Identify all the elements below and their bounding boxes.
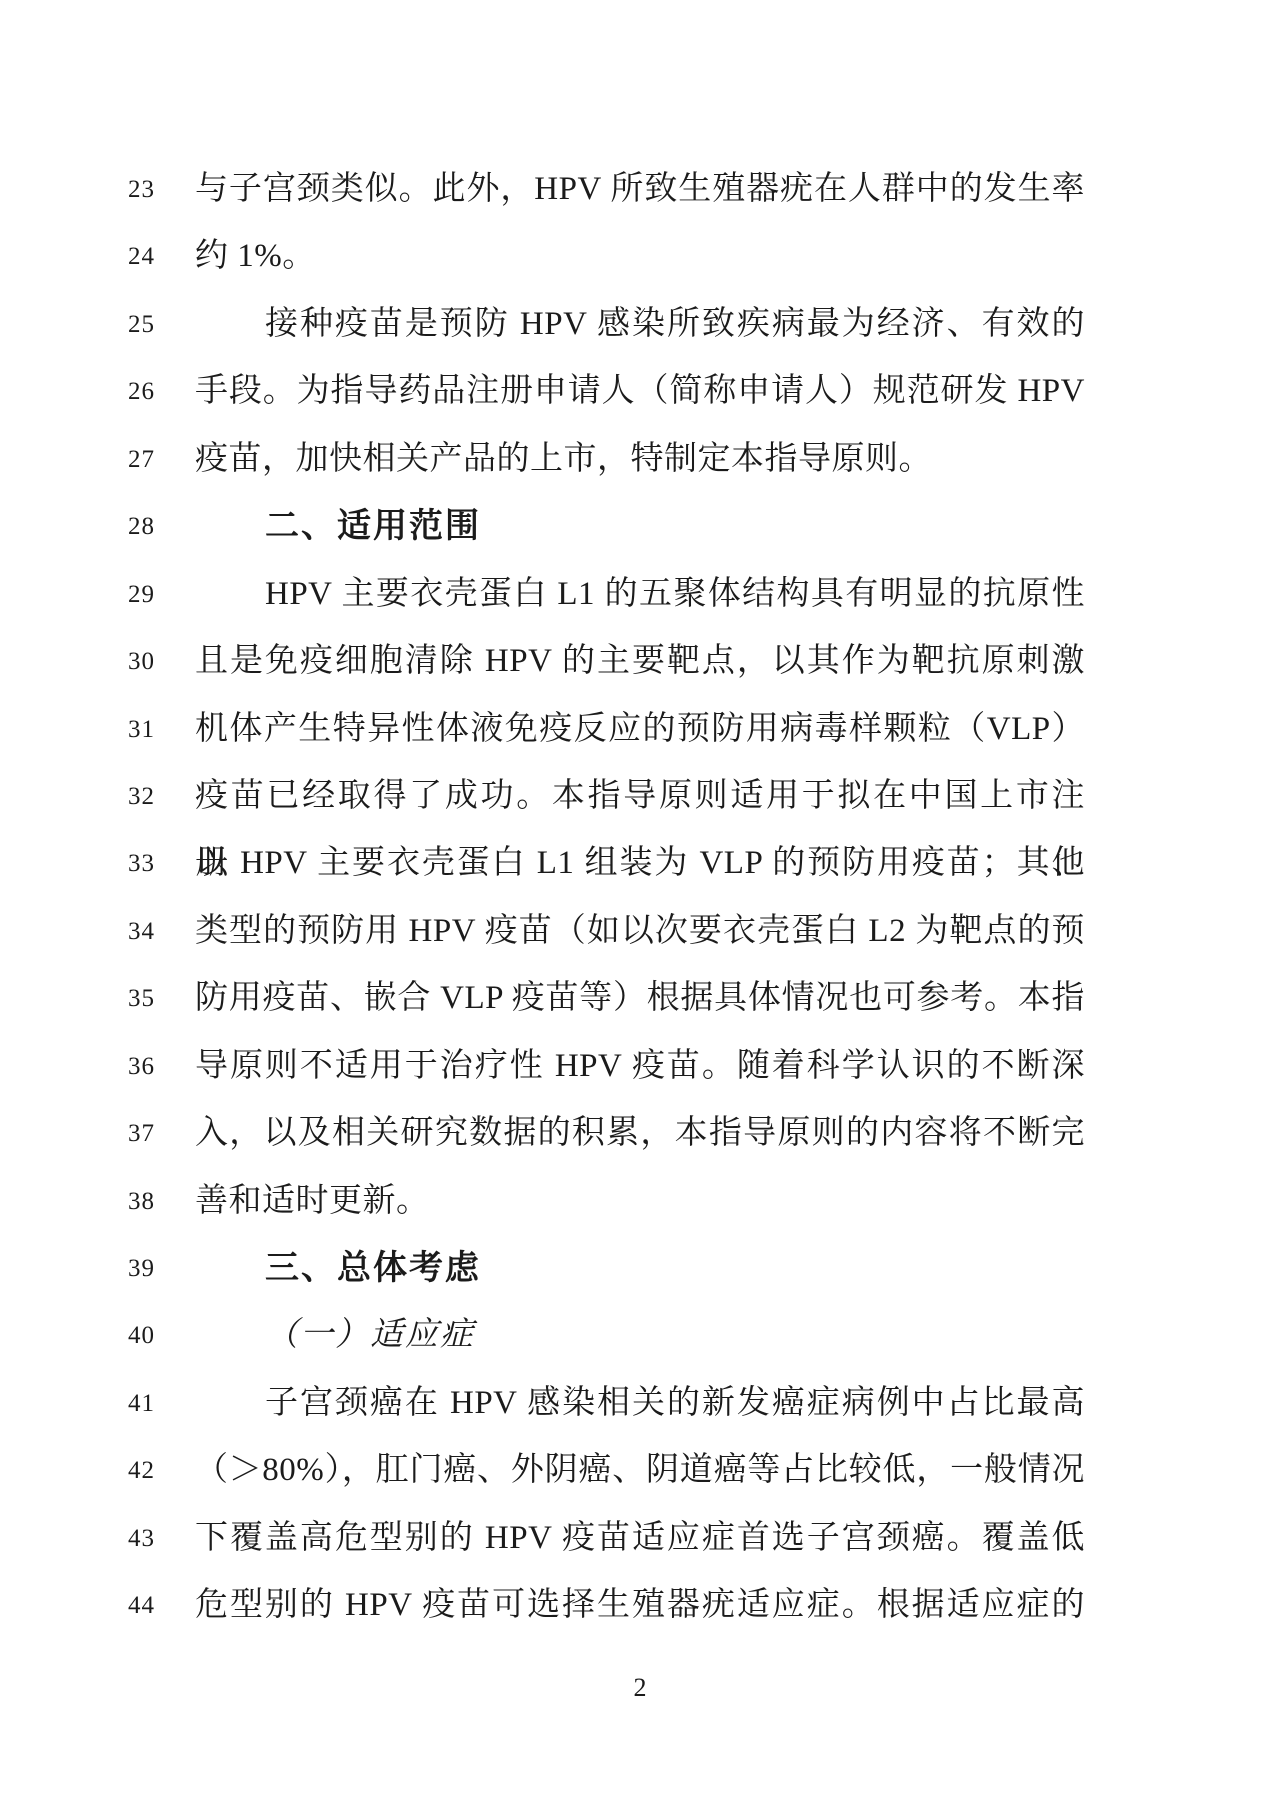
line-number: 44 xyxy=(128,1572,174,1639)
document-line: 43 下覆盖高危型别的 HPV 疫苗适应症首选子宫颈癌。覆盖低 xyxy=(0,1505,1280,1572)
line-text: 入，以及相关研究数据的积累，本指导原则的内容将不断完 xyxy=(195,1100,1085,1167)
document-line: 23 与子宫颈类似。此外，HPV 所致生殖器疣在人群中的发生率 xyxy=(0,156,1280,223)
line-number: 30 xyxy=(128,628,174,695)
document-lines: 23 与子宫颈类似。此外，HPV 所致生殖器疣在人群中的发生率 24 约 1%。… xyxy=(0,156,1280,1640)
line-number: 26 xyxy=(128,358,174,425)
line-text: 善和适时更新。 xyxy=(195,1168,1085,1235)
document-line: 31 机体产生特异性体液免疫反应的预防用病毒样颗粒（VLP） xyxy=(0,696,1280,763)
line-text: （一）适应症 xyxy=(195,1302,1085,1369)
line-text: 三、总体考虑 xyxy=(195,1235,1085,1302)
line-text: 疫苗，加快相关产品的上市，特制定本指导原则。 xyxy=(195,426,1085,493)
line-number: 25 xyxy=(128,291,174,358)
line-number: 23 xyxy=(128,156,174,223)
document-line: 30 且是免疫细胞清除 HPV 的主要靶点，以其作为靶抗原刺激 xyxy=(0,628,1280,695)
document-line: 37 入，以及相关研究数据的积累，本指导原则的内容将不断完 xyxy=(0,1100,1280,1167)
line-number: 35 xyxy=(128,965,174,1032)
line-number: 28 xyxy=(128,493,174,560)
document-line: 33 以 HPV 主要衣壳蛋白 L1 组装为 VLP 的预防用疫苗；其他 xyxy=(0,830,1280,897)
line-text: 与子宫颈类似。此外，HPV 所致生殖器疣在人群中的发生率 xyxy=(195,156,1085,223)
line-text: HPV 主要衣壳蛋白 L1 的五聚体结构具有明显的抗原性 xyxy=(195,561,1085,628)
line-number: 31 xyxy=(128,696,174,763)
line-text: 接种疫苗是预防 HPV 感染所致疾病最为经济、有效的 xyxy=(195,291,1085,358)
line-text: 以 HPV 主要衣壳蛋白 L1 组装为 VLP 的预防用疫苗；其他 xyxy=(195,830,1085,897)
line-text: 约 1%。 xyxy=(195,223,1085,290)
line-number: 41 xyxy=(128,1370,174,1437)
document-line: 42 （＞80%），肛门癌、外阴癌、阴道癌等占比较低，一般情况 xyxy=(0,1437,1280,1504)
document-line: 35 防用疫苗、嵌合 VLP 疫苗等）根据具体情况也可参考。本指 xyxy=(0,965,1280,1032)
line-text: 二、适用范围 xyxy=(195,493,1085,560)
line-number: 43 xyxy=(128,1505,174,1572)
line-number: 32 xyxy=(128,763,174,830)
document-line: 40 （一）适应症 xyxy=(0,1302,1280,1369)
line-text: 类型的预防用 HPV 疫苗（如以次要衣壳蛋白 L2 为靶点的预 xyxy=(195,898,1085,965)
page-number: 2 xyxy=(0,1673,1280,1703)
line-number: 34 xyxy=(128,898,174,965)
line-text: 下覆盖高危型别的 HPV 疫苗适应症首选子宫颈癌。覆盖低 xyxy=(195,1505,1085,1572)
document-page: 23 与子宫颈类似。此外，HPV 所致生殖器疣在人群中的发生率 24 约 1%。… xyxy=(0,0,1280,1811)
line-text: 导原则不适用于治疗性 HPV 疫苗。随着科学认识的不断深 xyxy=(195,1033,1085,1100)
document-line: 32 疫苗已经取得了成功。本指导原则适用于拟在中国上市注册、 xyxy=(0,763,1280,830)
document-line: 41 子宫颈癌在 HPV 感染相关的新发癌症病例中占比最高 xyxy=(0,1370,1280,1437)
line-number: 24 xyxy=(128,223,174,290)
document-line: 25 接种疫苗是预防 HPV 感染所致疾病最为经济、有效的 xyxy=(0,291,1280,358)
document-line: 38 善和适时更新。 xyxy=(0,1168,1280,1235)
document-line: 39 三、总体考虑 xyxy=(0,1235,1280,1302)
line-text: 机体产生特异性体液免疫反应的预防用病毒样颗粒（VLP） xyxy=(195,696,1085,763)
line-text: 危型别的 HPV 疫苗可选择生殖器疣适应症。根据适应症的 xyxy=(195,1572,1085,1639)
line-number: 36 xyxy=(128,1033,174,1100)
line-number: 38 xyxy=(128,1168,174,1235)
line-number: 39 xyxy=(128,1235,174,1302)
line-text: 手段。为指导药品注册申请人（简称申请人）规范研发 HPV xyxy=(195,358,1085,425)
line-number: 33 xyxy=(128,830,174,897)
line-number: 29 xyxy=(128,561,174,628)
document-line: 28 二、适用范围 xyxy=(0,493,1280,560)
document-line: 24 约 1%。 xyxy=(0,223,1280,290)
line-number: 27 xyxy=(128,426,174,493)
document-line: 34 类型的预防用 HPV 疫苗（如以次要衣壳蛋白 L2 为靶点的预 xyxy=(0,898,1280,965)
line-text: 且是免疫细胞清除 HPV 的主要靶点，以其作为靶抗原刺激 xyxy=(195,628,1085,695)
line-number: 37 xyxy=(128,1100,174,1167)
line-text: 子宫颈癌在 HPV 感染相关的新发癌症病例中占比最高 xyxy=(195,1370,1085,1437)
document-line: 44 危型别的 HPV 疫苗可选择生殖器疣适应症。根据适应症的 xyxy=(0,1572,1280,1639)
document-line: 27 疫苗，加快相关产品的上市，特制定本指导原则。 xyxy=(0,426,1280,493)
line-number: 40 xyxy=(128,1302,174,1369)
line-number: 42 xyxy=(128,1437,174,1504)
document-line: 26 手段。为指导药品注册申请人（简称申请人）规范研发 HPV xyxy=(0,358,1280,425)
document-line: 36 导原则不适用于治疗性 HPV 疫苗。随着科学认识的不断深 xyxy=(0,1033,1280,1100)
line-text: 防用疫苗、嵌合 VLP 疫苗等）根据具体情况也可参考。本指 xyxy=(195,965,1085,1032)
line-text: （＞80%），肛门癌、外阴癌、阴道癌等占比较低，一般情况 xyxy=(195,1437,1085,1504)
document-line: 29 HPV 主要衣壳蛋白 L1 的五聚体结构具有明显的抗原性 xyxy=(0,561,1280,628)
